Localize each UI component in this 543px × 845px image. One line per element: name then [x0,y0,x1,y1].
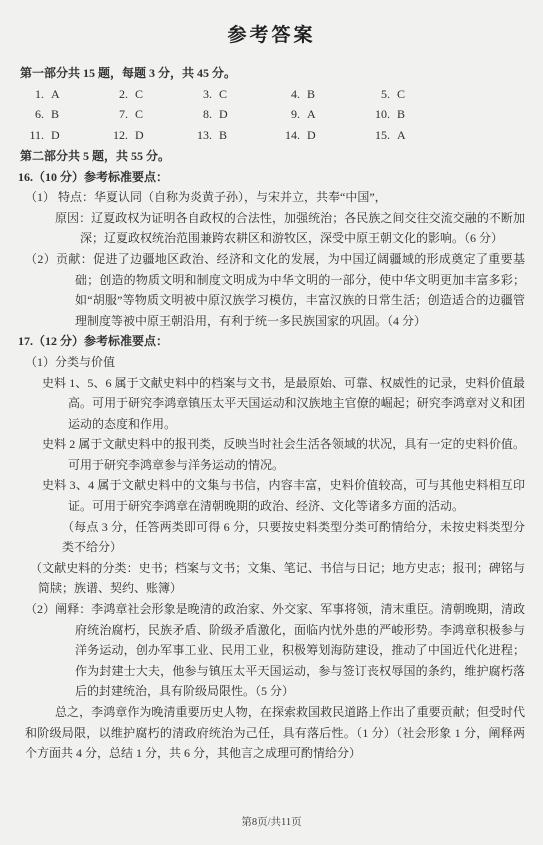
answer-item-5: 5.C [368,84,458,105]
answer-item-14: 14.D [278,125,368,146]
page-number-footer: 第8页/共11页 [18,814,525,835]
answer-item-9: 9.A [278,104,368,125]
question-17-header: 17.（12 分）参考标准要点： [18,331,525,352]
answer-item-8: 8.D [190,104,278,125]
q16-point1-reasons: 原因：辽夏政权为证明各自政权的合法性，加强统治；各民族之间交往交流交融的不断加深… [18,208,525,249]
q17-sub1-title: （1）分类与价值 [25,352,525,373]
q17-sub2-interpretation: （2）阐释：李鸿章社会形象是晚清的政治家、外交家、军事将领，清末重臣。清朝晚期，… [18,599,525,702]
answer-number: 6. [22,104,44,125]
answer-item-7: 7.C [106,104,190,125]
part2-header: 第二部分共 5 题，共 55 分。 [20,146,525,167]
answer-choice: A [51,87,60,101]
answer-number: 11. [22,125,44,146]
answer-choice: A [397,128,406,142]
answer-choice: B [51,107,59,121]
answer-item-11: 11.D [22,125,106,146]
answer-number: 2. [106,84,128,105]
answer-item-13: 13.B [190,125,278,146]
q17-source-group-1: 史料 1、5、6 属于文献史料中的档案与文书，是最原始、可靠、权威性的记录，史料… [18,373,525,435]
answer-number: 8. [190,104,212,125]
q17-source-group-2: 史料 2 属于文献史料中的报刊类，反映当时社会生活各领域的状况，具有一定的史料价… [18,434,525,475]
answer-item-2: 2.C [106,84,190,105]
answer-choice: C [135,107,143,121]
answer-choice: B [307,87,315,101]
answer-number: 1. [22,84,44,105]
answer-number: 3. [190,84,212,105]
answer-choice: D [51,128,60,142]
answer-key-page: 参考答案 第一部分共 15 题，每题 3 分，共 45 分。 1.A 2.C 3… [0,0,543,845]
q16-point1-features: （1） 特点：华夏认同（自称为炎黄子孙），与宋并立，共奉“中国”， [25,187,525,208]
answer-grid: 1.A 2.C 3.C 4.B 5.C 6.B 7.C 8.D 9.A 10.B… [22,84,525,146]
part1-header: 第一部分共 15 题，每题 3 分，共 45 分。 [20,63,525,84]
answer-number: 12. [106,125,128,146]
answer-number: 4. [278,84,300,105]
answer-number: 10. [368,104,390,125]
answer-choice: B [397,107,405,121]
q16-point2-contributions: （2）贡献：促进了边疆地区政治、经济和文化的发展，为中国辽阔疆域的形成奠定了重要… [18,249,525,331]
q17-classification-note: （文献史料的分类：史书；档案与文书；文集、笔记、书信与日记；地方史志；报刊；碑铭… [18,558,525,599]
answer-item-10: 10.B [368,104,458,125]
answer-number: 13. [190,125,212,146]
answer-number: 9. [278,104,300,125]
answer-choice: D [219,107,228,121]
q17-scoring-note: （每点 3 分，任答两类即可得 6 分，只要按史料类型分类可酌情给分，未按史料类… [62,517,525,558]
answer-item-12: 12.D [106,125,190,146]
answer-number: 5. [368,84,390,105]
answer-choice: D [307,128,316,142]
answer-choice: B [219,128,227,142]
answer-choice: C [135,87,143,101]
question-16-header: 16.（10 分）参考标准要点： [18,167,525,188]
page-title: 参考答案 [18,20,525,47]
answer-item-15: 15.A [368,125,458,146]
answer-item-4: 4.B [278,84,368,105]
answer-item-1: 1.A [22,84,106,105]
q17-conclusion: 总之，李鸿章作为晚清重要历史人物，在探索救国救民道路上作出了重要贡献；但受时代和… [18,702,525,764]
answer-item-6: 6.B [22,104,106,125]
answer-item-3: 3.C [190,84,278,105]
answer-choice: C [397,87,405,101]
q17-source-group-3: 史料 3、4 属于文献史料中的文集与书信，内容丰富，史料价值较高，可与其他史料相… [18,475,525,516]
answer-number: 15. [368,125,390,146]
answer-number: 7. [106,104,128,125]
answer-choice: A [307,107,316,121]
answer-choice: C [219,87,227,101]
answer-choice: D [135,128,144,142]
answer-number: 14. [278,125,300,146]
